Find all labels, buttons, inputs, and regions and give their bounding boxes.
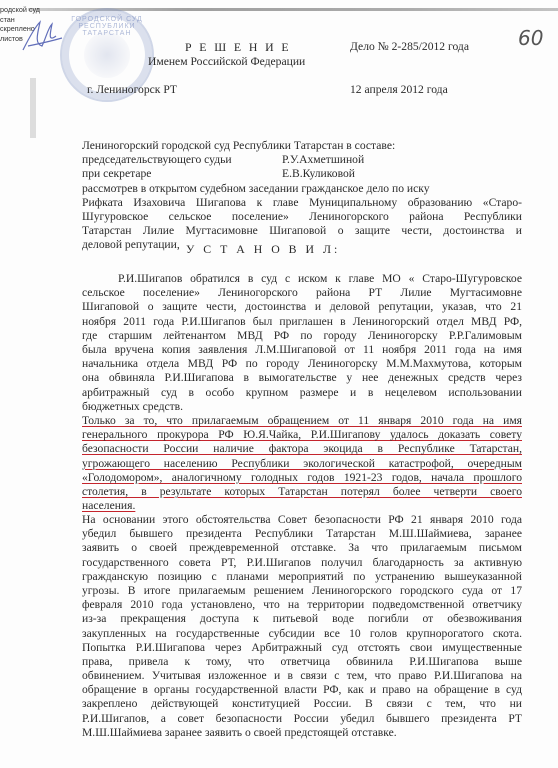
established-heading: У С Т А Н О В И Л:	[186, 242, 340, 256]
paragraph-line: На основании этого обстоятельства Совет …	[82, 513, 522, 527]
decision-date: 12 апреля 2012 года	[350, 83, 448, 97]
underlined-line: населения.	[82, 499, 522, 513]
case-line: Татарстан Лилие Мугтасимовне Шигаповой о…	[82, 224, 522, 238]
document-subtitle: Именем Российской Федерации	[148, 55, 305, 69]
paragraph-line: арбитражный суд в особо крупном размере …	[82, 386, 522, 400]
city: г. Лениногорск РТ	[87, 83, 177, 97]
paragraph-line: Р.И.Шигапов, а совет безопасности России…	[82, 712, 522, 726]
paragraph-line: из-за прекращения доступа к питьевой вод…	[82, 612, 522, 626]
case-number: Дело № 2-285/2012 года	[350, 40, 469, 54]
page-number: 60	[518, 26, 543, 50]
binding-stamp-line: родской суд	[0, 5, 62, 15]
underlined-line: Только за то, что прилагаемым обращением…	[82, 414, 522, 428]
document-title: Р Е Ш Е Н И Е	[185, 40, 291, 54]
paragraph-line: закупленных на государственные субсидии …	[82, 627, 522, 641]
paragraph-line: ноября 2011 года Р.И.Шигапов был приглаш…	[82, 315, 522, 329]
paragraph-line: М.Ш.Шаймиева заранее заявить о своей пре…	[82, 726, 522, 740]
paragraph-line: Шигаповой о защите чести, достоинства и …	[82, 300, 522, 314]
underlined-line: генерального прокурора РФ Ю.Я.Чайка, Р.И…	[82, 428, 522, 442]
paragraph-line: где старшим лейтенантом МВД РФ по городу…	[82, 329, 522, 343]
secretary-label: при секретаре	[82, 167, 282, 181]
paragraph-underlined: Только за то, что прилагаемым обращением…	[82, 414, 522, 513]
judge-row: председательствующего судьи Р.У.Ахметшин…	[82, 153, 522, 167]
paragraph-line: была вручена копия заявления Л.М.Шигапов…	[82, 343, 522, 357]
judge-name: Р.У.Ахметшиной	[282, 153, 364, 167]
paragraph-line: бюджетных средств.	[82, 400, 522, 414]
secretary-name: Е.В.Куликовой	[282, 167, 355, 181]
paragraph-line: убедил бывшего президента Республики Тат…	[82, 527, 522, 541]
paragraph-line: февраля 2010 года установлено, что на те…	[82, 598, 522, 612]
secretary-row: при секретаре Е.В.Куликовой	[82, 167, 522, 181]
paragraph-line: заявить о своей преждевременной отставке…	[82, 541, 522, 555]
paragraph-line: Р.И.Шигапов обратился в суд с иском к гл…	[82, 272, 522, 286]
case-line: Шугуровское сельское поселение» Лениного…	[82, 210, 522, 224]
paragraph-line: закреплено действующей конституцией Росс…	[82, 697, 522, 711]
paragraph-line: права, привела к тому, что ответчица обв…	[82, 655, 522, 669]
paragraph-line: она обвиняла Р.И.Шигапова в вымогательст…	[82, 371, 522, 385]
judge-label: председательствующего судьи	[82, 153, 282, 167]
underlined-line: столетия, в результате которых Татарстан…	[82, 485, 522, 499]
underlined-line: «Голодомором», аналогичному голодных год…	[82, 471, 522, 485]
paragraph-line: угрозы. В итоге прилагаемым решением Лен…	[82, 584, 522, 598]
composition-line: Лениногорский городской суд Республики Т…	[82, 139, 522, 153]
eagle-emblem-icon	[84, 32, 130, 78]
scan-edge-shadow	[30, 78, 36, 138]
underlined-line: безопасности России наличие фактора экоц…	[82, 442, 522, 456]
paragraph-line: гражданскую позицию с планами мероприяти…	[82, 570, 522, 584]
paragraph-basis: На основании этого обстоятельства Совет …	[82, 513, 522, 740]
paragraph-line: обращение в органы государственной власт…	[82, 683, 522, 697]
composition-line: рассмотрев в открытом судебном заседании…	[82, 182, 522, 196]
paragraph-line: начальника отдела МВД РФ по городу Ленин…	[82, 357, 522, 371]
paragraph-line: государственного совета РТ, Р.И.Шигапов …	[82, 556, 522, 570]
paragraph-line: обвинением. Учитывая изложенное и в связ…	[82, 669, 522, 683]
underlined-line: угрожающего населению Республики экологи…	[82, 457, 522, 471]
court-decision-page: родской суд стан скреплено листов ГОРОДС…	[0, 0, 558, 768]
paragraph-line: сельское поселение» Лениногорского район…	[82, 286, 522, 300]
case-line: Рифката Изаховича Шигапова к главе Муниц…	[82, 196, 522, 210]
court-composition: Лениногорский городской суд Республики Т…	[82, 139, 522, 253]
paragraph-line: Попытка Р.И.Шигапова через Арбитражный с…	[82, 641, 522, 655]
paragraph-claim: Р.И.Шигапов обратился в суд с иском к гл…	[82, 272, 522, 414]
